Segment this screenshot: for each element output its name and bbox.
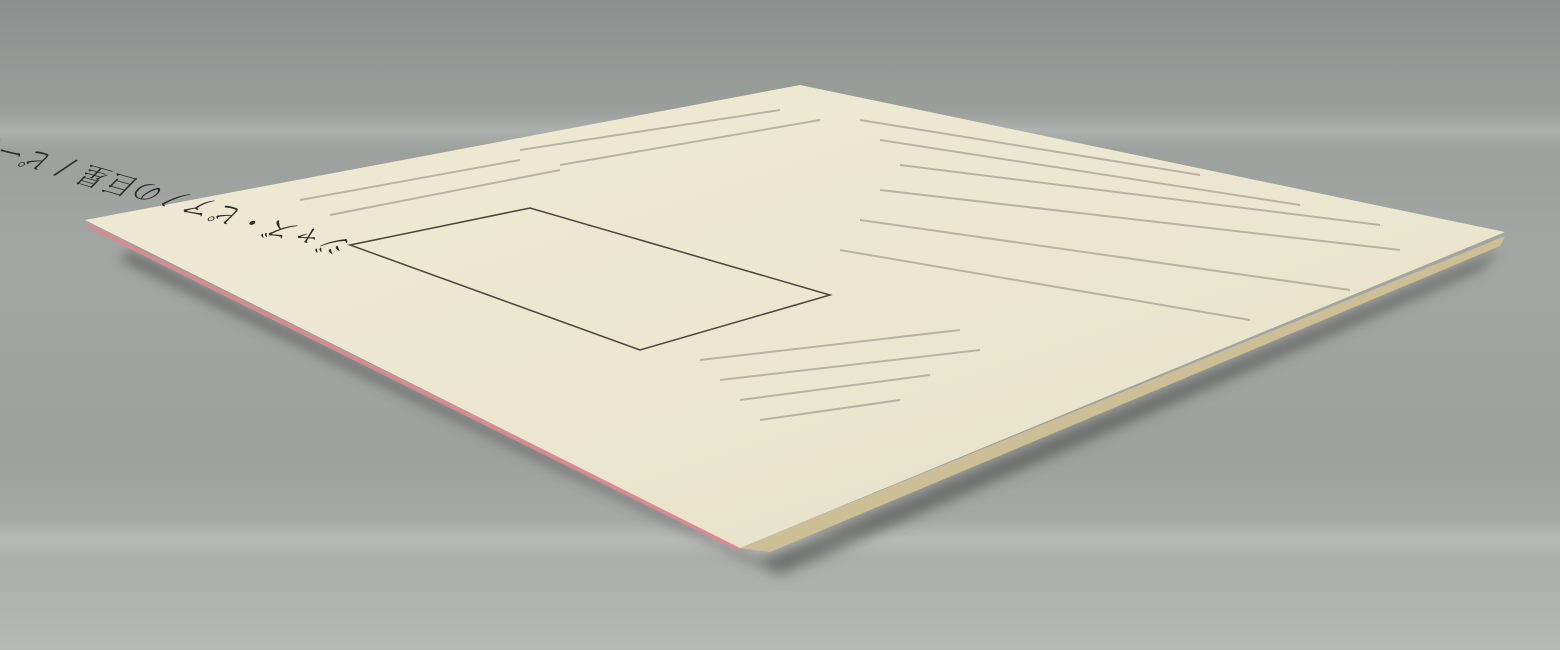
record-sleeve [0,0,1560,650]
sleeve-face [85,85,1505,548]
